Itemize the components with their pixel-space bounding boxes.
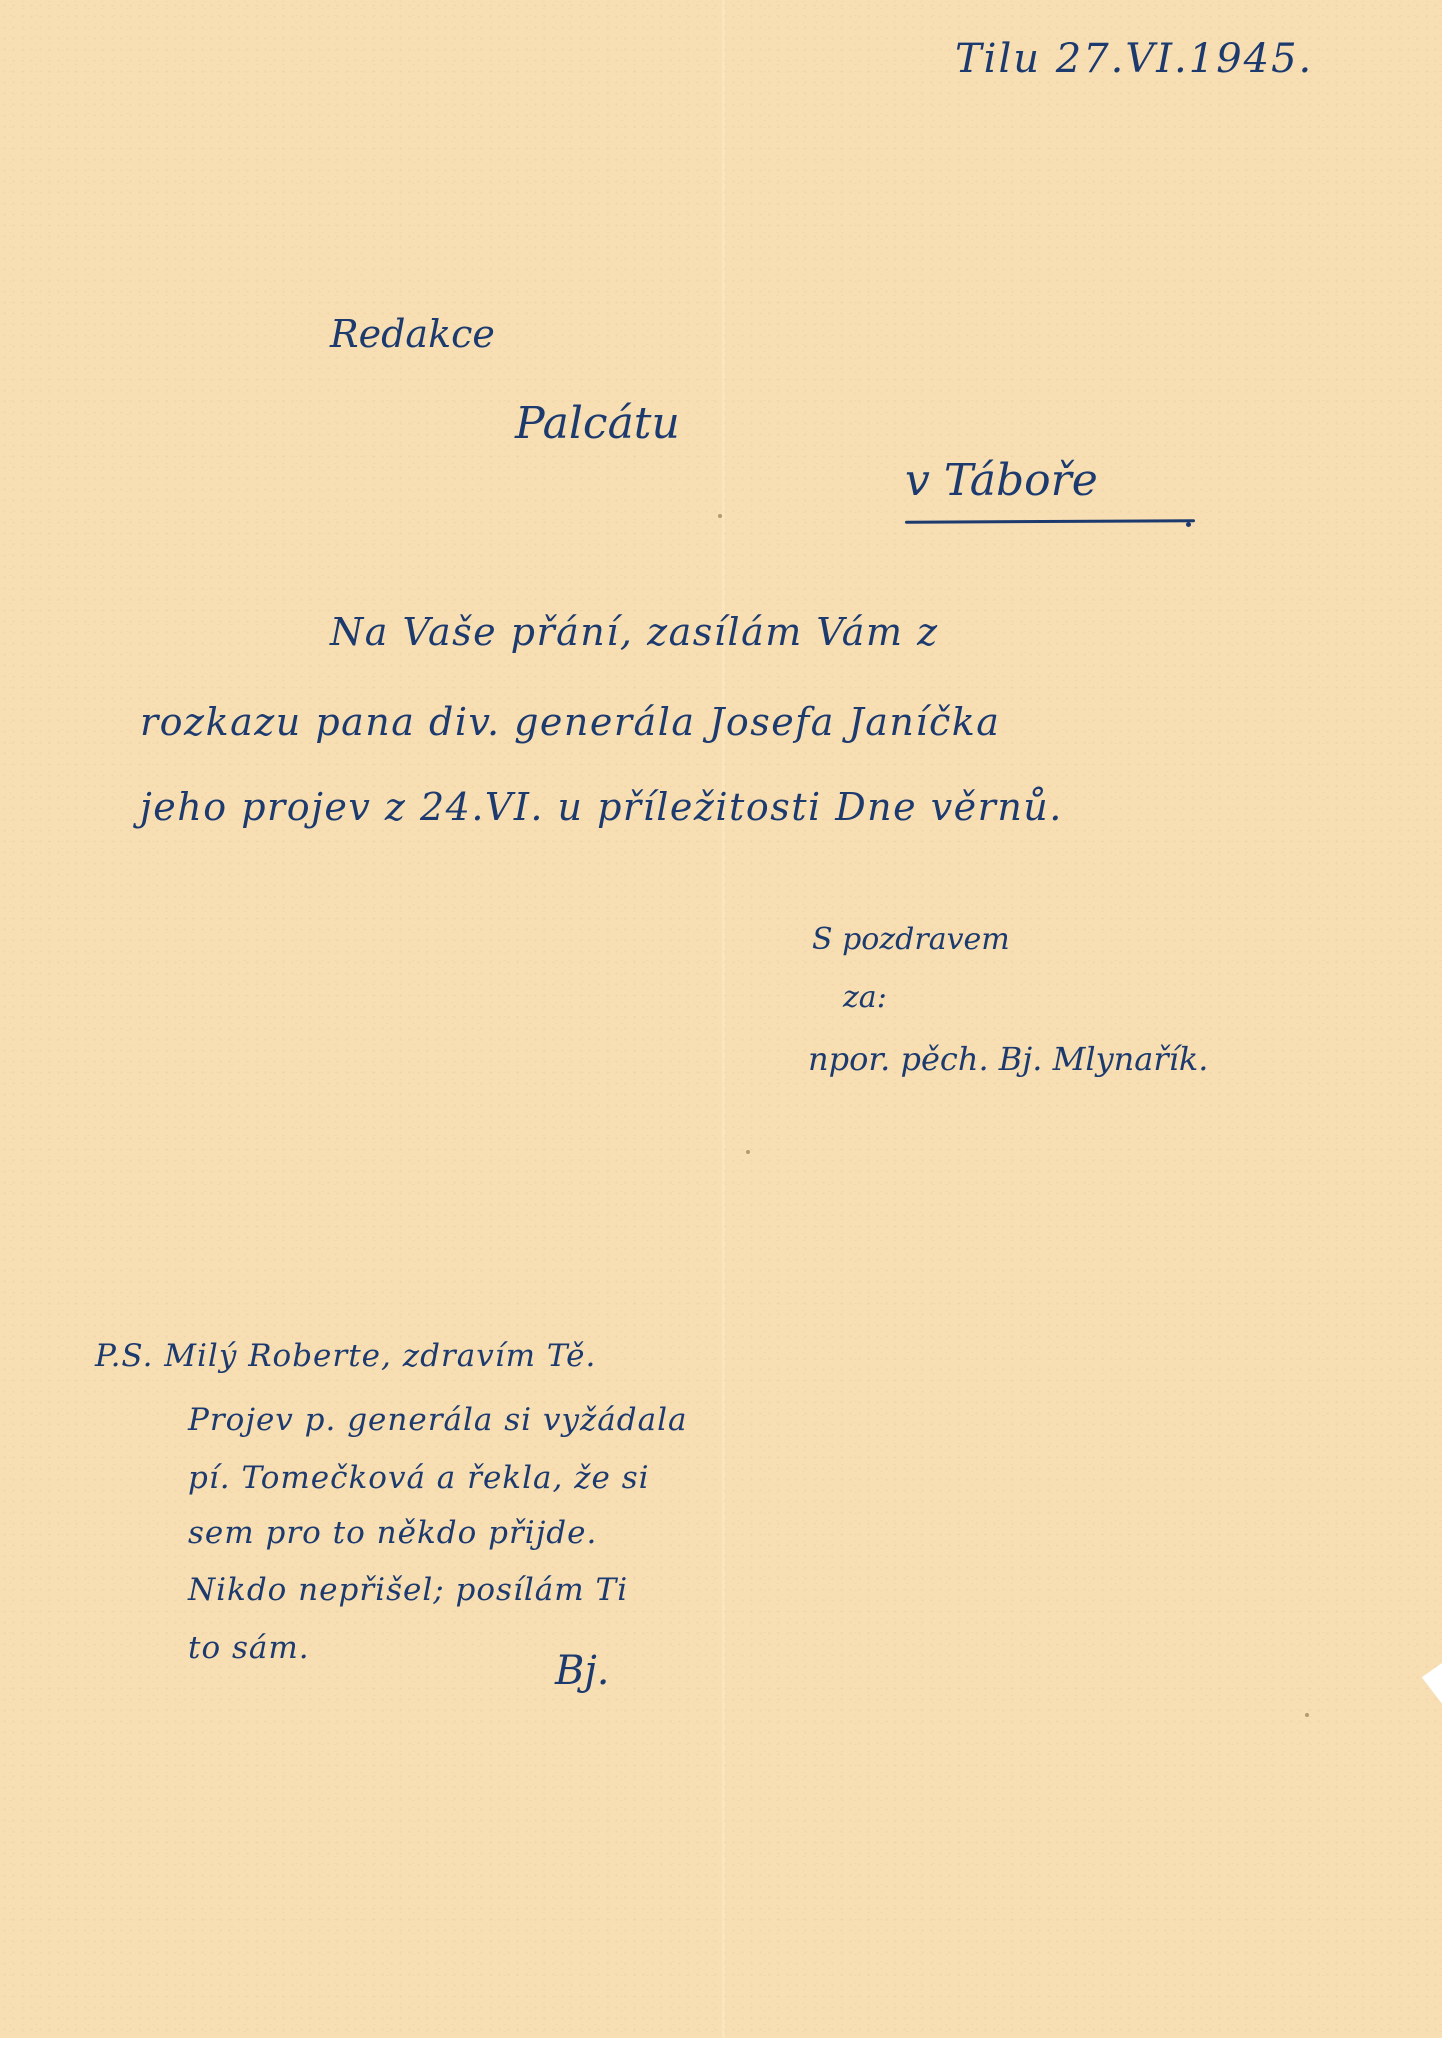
postscript-line: sem pro to někdo přijde. xyxy=(188,1515,597,1551)
body-line: jeho projev z 24.VI. u příležitosti Dne … xyxy=(140,785,1063,829)
address-underline xyxy=(905,519,1195,524)
paper-speck xyxy=(1305,1713,1309,1717)
paper-fold-line xyxy=(722,0,725,2038)
closing-for: za: xyxy=(843,980,887,1015)
underline-dot xyxy=(1186,522,1191,527)
recipient-line-3: v Táboře xyxy=(905,455,1098,506)
paper-speck xyxy=(746,1150,750,1154)
paper-speck xyxy=(718,514,722,518)
postscript-line: Nikdo nepřišel; posílám Ti xyxy=(188,1572,628,1608)
signature: npor. pěch. Bj. Mlynařík. xyxy=(808,1040,1208,1078)
letter-paper: Tilu 27.VI.1945. Redakce Palcátu v Táboř… xyxy=(0,0,1442,2038)
body-line: rozkazu pana div. generála Josefa Janíčk… xyxy=(140,700,1000,744)
date-line: Tilu 27.VI.1945. xyxy=(955,36,1313,82)
postscript-initials: Bj. xyxy=(555,1648,610,1694)
postscript-line: P.S. Milý Roberte, zdravím Tě. xyxy=(95,1338,596,1374)
recipient-line-2: Palcátu xyxy=(515,398,680,449)
recipient-line-1: Redakce xyxy=(330,312,495,356)
postscript-line: Projev p. generála si vyžádala xyxy=(188,1402,688,1438)
postscript-line: pí. Tomečková a řekla, že si xyxy=(188,1460,650,1496)
closing-greeting: S pozdravem xyxy=(812,922,1010,957)
postscript-line: to sám. xyxy=(188,1630,310,1666)
body-line: Na Vaše přání, zasílám Vám z xyxy=(330,610,939,654)
